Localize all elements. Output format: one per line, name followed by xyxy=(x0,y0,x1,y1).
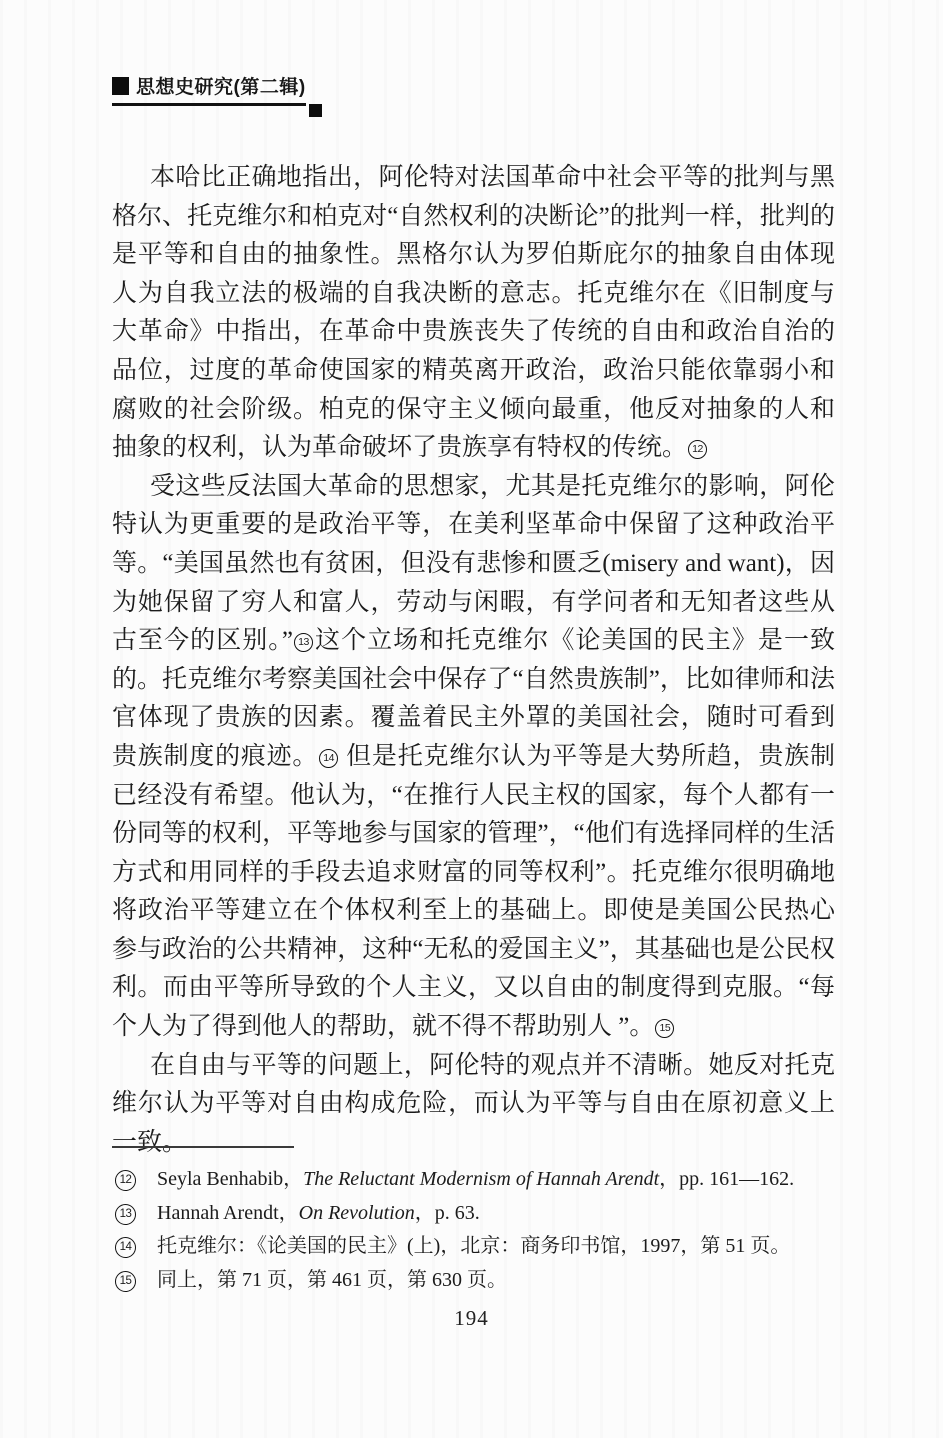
footnotes-section: 12Seyla Benhabib，The Reluctant Modernism… xyxy=(112,1146,838,1297)
book-page: 思想史研究(第二辑) 本哈比正确地指出，阿伦特对法国革命中社会平等的批判与黑格尔… xyxy=(0,0,943,1438)
footnote-ref-13: 13 xyxy=(294,633,313,652)
paragraph-1-text: 本哈比正确地指出，阿伦特对法国革命中社会平等的批判与黑格尔、托克维尔和柏克对“自… xyxy=(112,164,835,461)
paragraph-2-text-d: 但是托克维尔认为平等是大势所趋，贵族制已经没有希望。他认为，“在推行人民主权的国… xyxy=(112,743,835,1040)
footnote-14-text: 托克维尔：《论美国的民主》(上)，北京：商务印书馆，1997，第 51 页。 xyxy=(157,1235,790,1257)
footnote-13: 13Hannah Arendt，On Revolution，p. 63. xyxy=(112,1197,838,1231)
footnote-12-author: Seyla Benhabib， xyxy=(157,1168,303,1190)
footnote-14: 14托克维尔：《论美国的民主》(上)，北京：商务印书馆，1997，第 51 页。 xyxy=(112,1230,838,1264)
page-number: 194 xyxy=(0,1306,943,1331)
header-end-square-icon xyxy=(309,104,322,117)
footnote-13-pages: ，p. 63. xyxy=(415,1202,480,1224)
footnote-ref-15: 15 xyxy=(655,1019,674,1038)
paragraph-1: 本哈比正确地指出，阿伦特对法国革命中社会平等的批判与黑格尔、托克维尔和柏克对“自… xyxy=(112,159,835,468)
footnote-list: 12Seyla Benhabib，The Reluctant Modernism… xyxy=(112,1163,838,1297)
footnote-12: 12Seyla Benhabib，The Reluctant Modernism… xyxy=(112,1163,838,1197)
inline-latin-phrase: misery and want xyxy=(611,550,777,577)
footnote-12-number: 12 xyxy=(115,1170,136,1191)
paragraph-2: 受这些反法国大革命的思想家，尤其是托克维尔的影响，阿伦特认为更重要的是政治平等，… xyxy=(112,468,835,1047)
footnote-14-number: 14 xyxy=(115,1237,136,1258)
body-text: 本哈比正确地指出，阿伦特对法国革命中社会平等的批判与黑格尔、托克维尔和柏克对“自… xyxy=(112,159,835,1162)
paragraph-3-text: 在自由与平等的问题上，阿伦特的观点并不清晰。她反对托克维尔认为平等对自由构成危险… xyxy=(112,1052,835,1156)
footnote-ref-14: 14 xyxy=(319,749,338,768)
footnote-13-author: Hannah Arendt， xyxy=(157,1202,299,1224)
header-square-icon xyxy=(112,77,129,95)
running-header: 思想史研究(第二辑) xyxy=(112,72,306,106)
footnote-12-pages: ，pp. 161—162. xyxy=(659,1168,794,1190)
header-title: 思想史研究(第二辑) xyxy=(136,72,306,99)
footnote-separator xyxy=(112,1146,294,1148)
footnote-ref-12: 12 xyxy=(688,440,707,459)
footnote-12-title: The Reluctant Modernism of Hannah Arendt xyxy=(303,1168,659,1190)
footnote-15-text: 同上，第 71 页，第 461 页，第 630 页。 xyxy=(157,1269,507,1291)
footnote-13-number: 13 xyxy=(115,1204,136,1225)
footnote-13-title: On Revolution xyxy=(299,1202,415,1224)
footnote-15: 15同上，第 71 页，第 461 页，第 630 页。 xyxy=(112,1264,838,1298)
footnote-15-number: 15 xyxy=(115,1271,136,1292)
